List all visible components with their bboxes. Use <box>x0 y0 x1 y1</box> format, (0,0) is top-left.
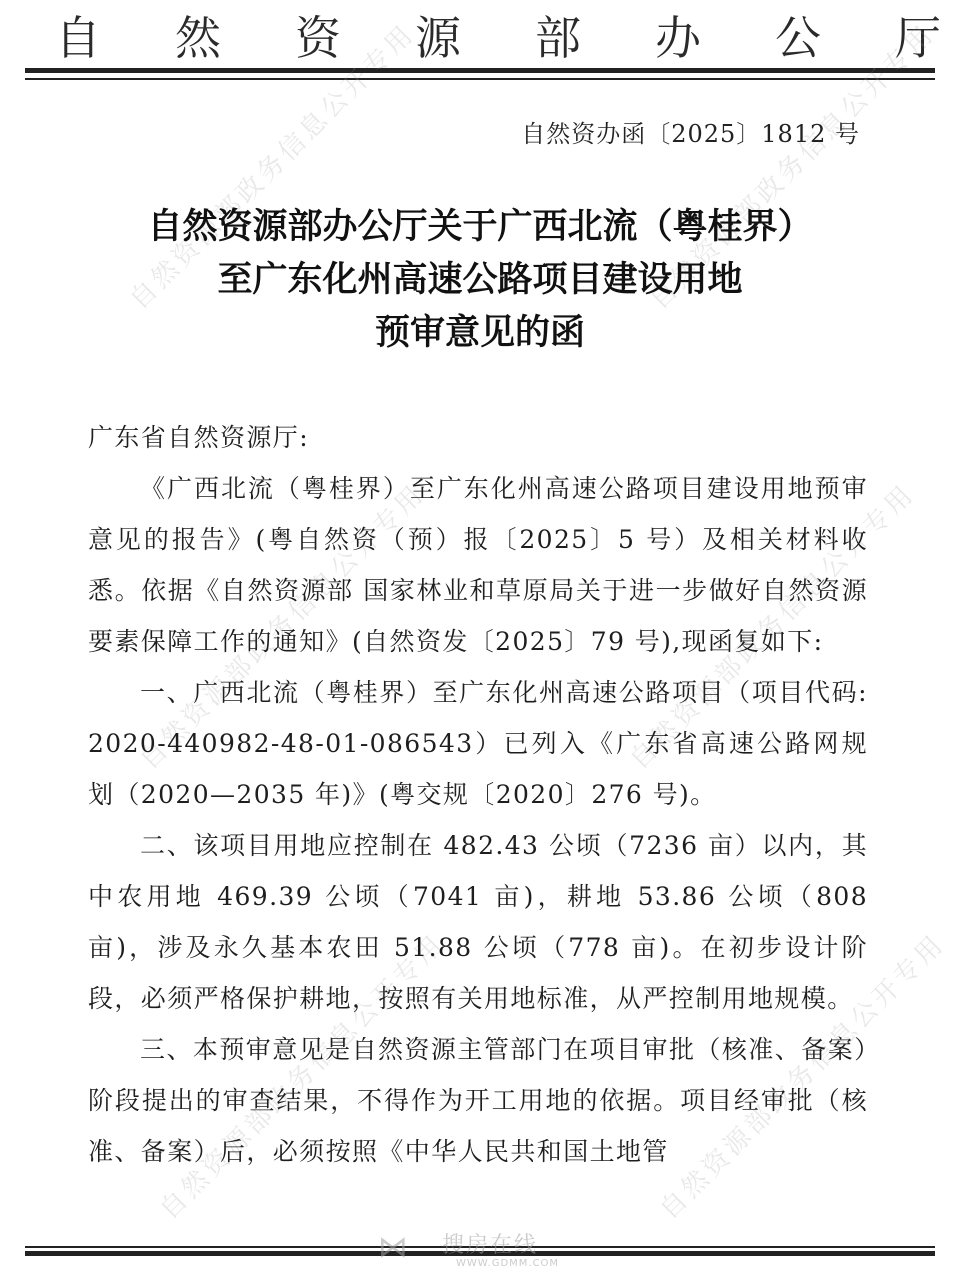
document-title: 自然资源部办公厅关于广西北流（粤桂界） 至广东化州高速公路项目建设用地 预审意见… <box>0 200 960 359</box>
body-paragraph: 《广西北流（粤桂界）至广东化州高速公路项目建设用地预审意见的报告》(粤自然资（预… <box>88 463 868 667</box>
document-number: 自然资办函〔2025〕1812 号 <box>521 114 860 149</box>
logo-mark-icon: ⋈ <box>378 1230 408 1265</box>
logo-url: WWW.GDMM.COM <box>456 1258 559 1269</box>
body-paragraph: 二、该项目用地应控制在 482.43 公顷（7236 亩）以内，其中农用地 46… <box>88 820 868 1024</box>
letterhead-char: 然 <box>157 2 221 68</box>
title-line: 至广东化州高速公路项目建设用地 <box>0 253 960 306</box>
letterhead-char: 部 <box>517 2 581 68</box>
letterhead-issuer: 自 然 资 源 部 办 公 厅 <box>0 4 960 66</box>
letterhead-divider-thick <box>25 68 935 73</box>
body-paragraph: 一、广西北流（粤桂界）至广东化州高速公路项目（项目代码: 2020-440982… <box>88 667 868 820</box>
title-line: 预审意见的函 <box>0 306 960 359</box>
letterhead-char: 公 <box>757 2 821 68</box>
letterhead-char: 自 <box>37 2 101 68</box>
letterhead-char: 办 <box>637 2 701 68</box>
letterhead-char: 源 <box>397 2 461 68</box>
letterhead-char: 资 <box>277 2 341 68</box>
letterhead-divider-thin <box>25 78 935 80</box>
title-line: 自然资源部办公厅关于广西北流（粤桂界） <box>0 200 960 253</box>
body-paragraph: 三、本预审意见是自然资源主管部门在项目审批（核准、备案）阶段提出的审查结果，不得… <box>88 1024 868 1177</box>
logo-brand: 搜房在线 <box>442 1228 538 1259</box>
salutation: 广东省自然资源厅: <box>88 412 868 463</box>
letterhead-char: 厅 <box>877 2 941 68</box>
footer-logo: ⋈ 搜房在线 WWW.GDMM.COM <box>378 1228 588 1272</box>
document-body: 广东省自然资源厅: 《广西北流（粤桂界）至广东化州高速公路项目建设用地预审意见的… <box>88 412 868 1177</box>
